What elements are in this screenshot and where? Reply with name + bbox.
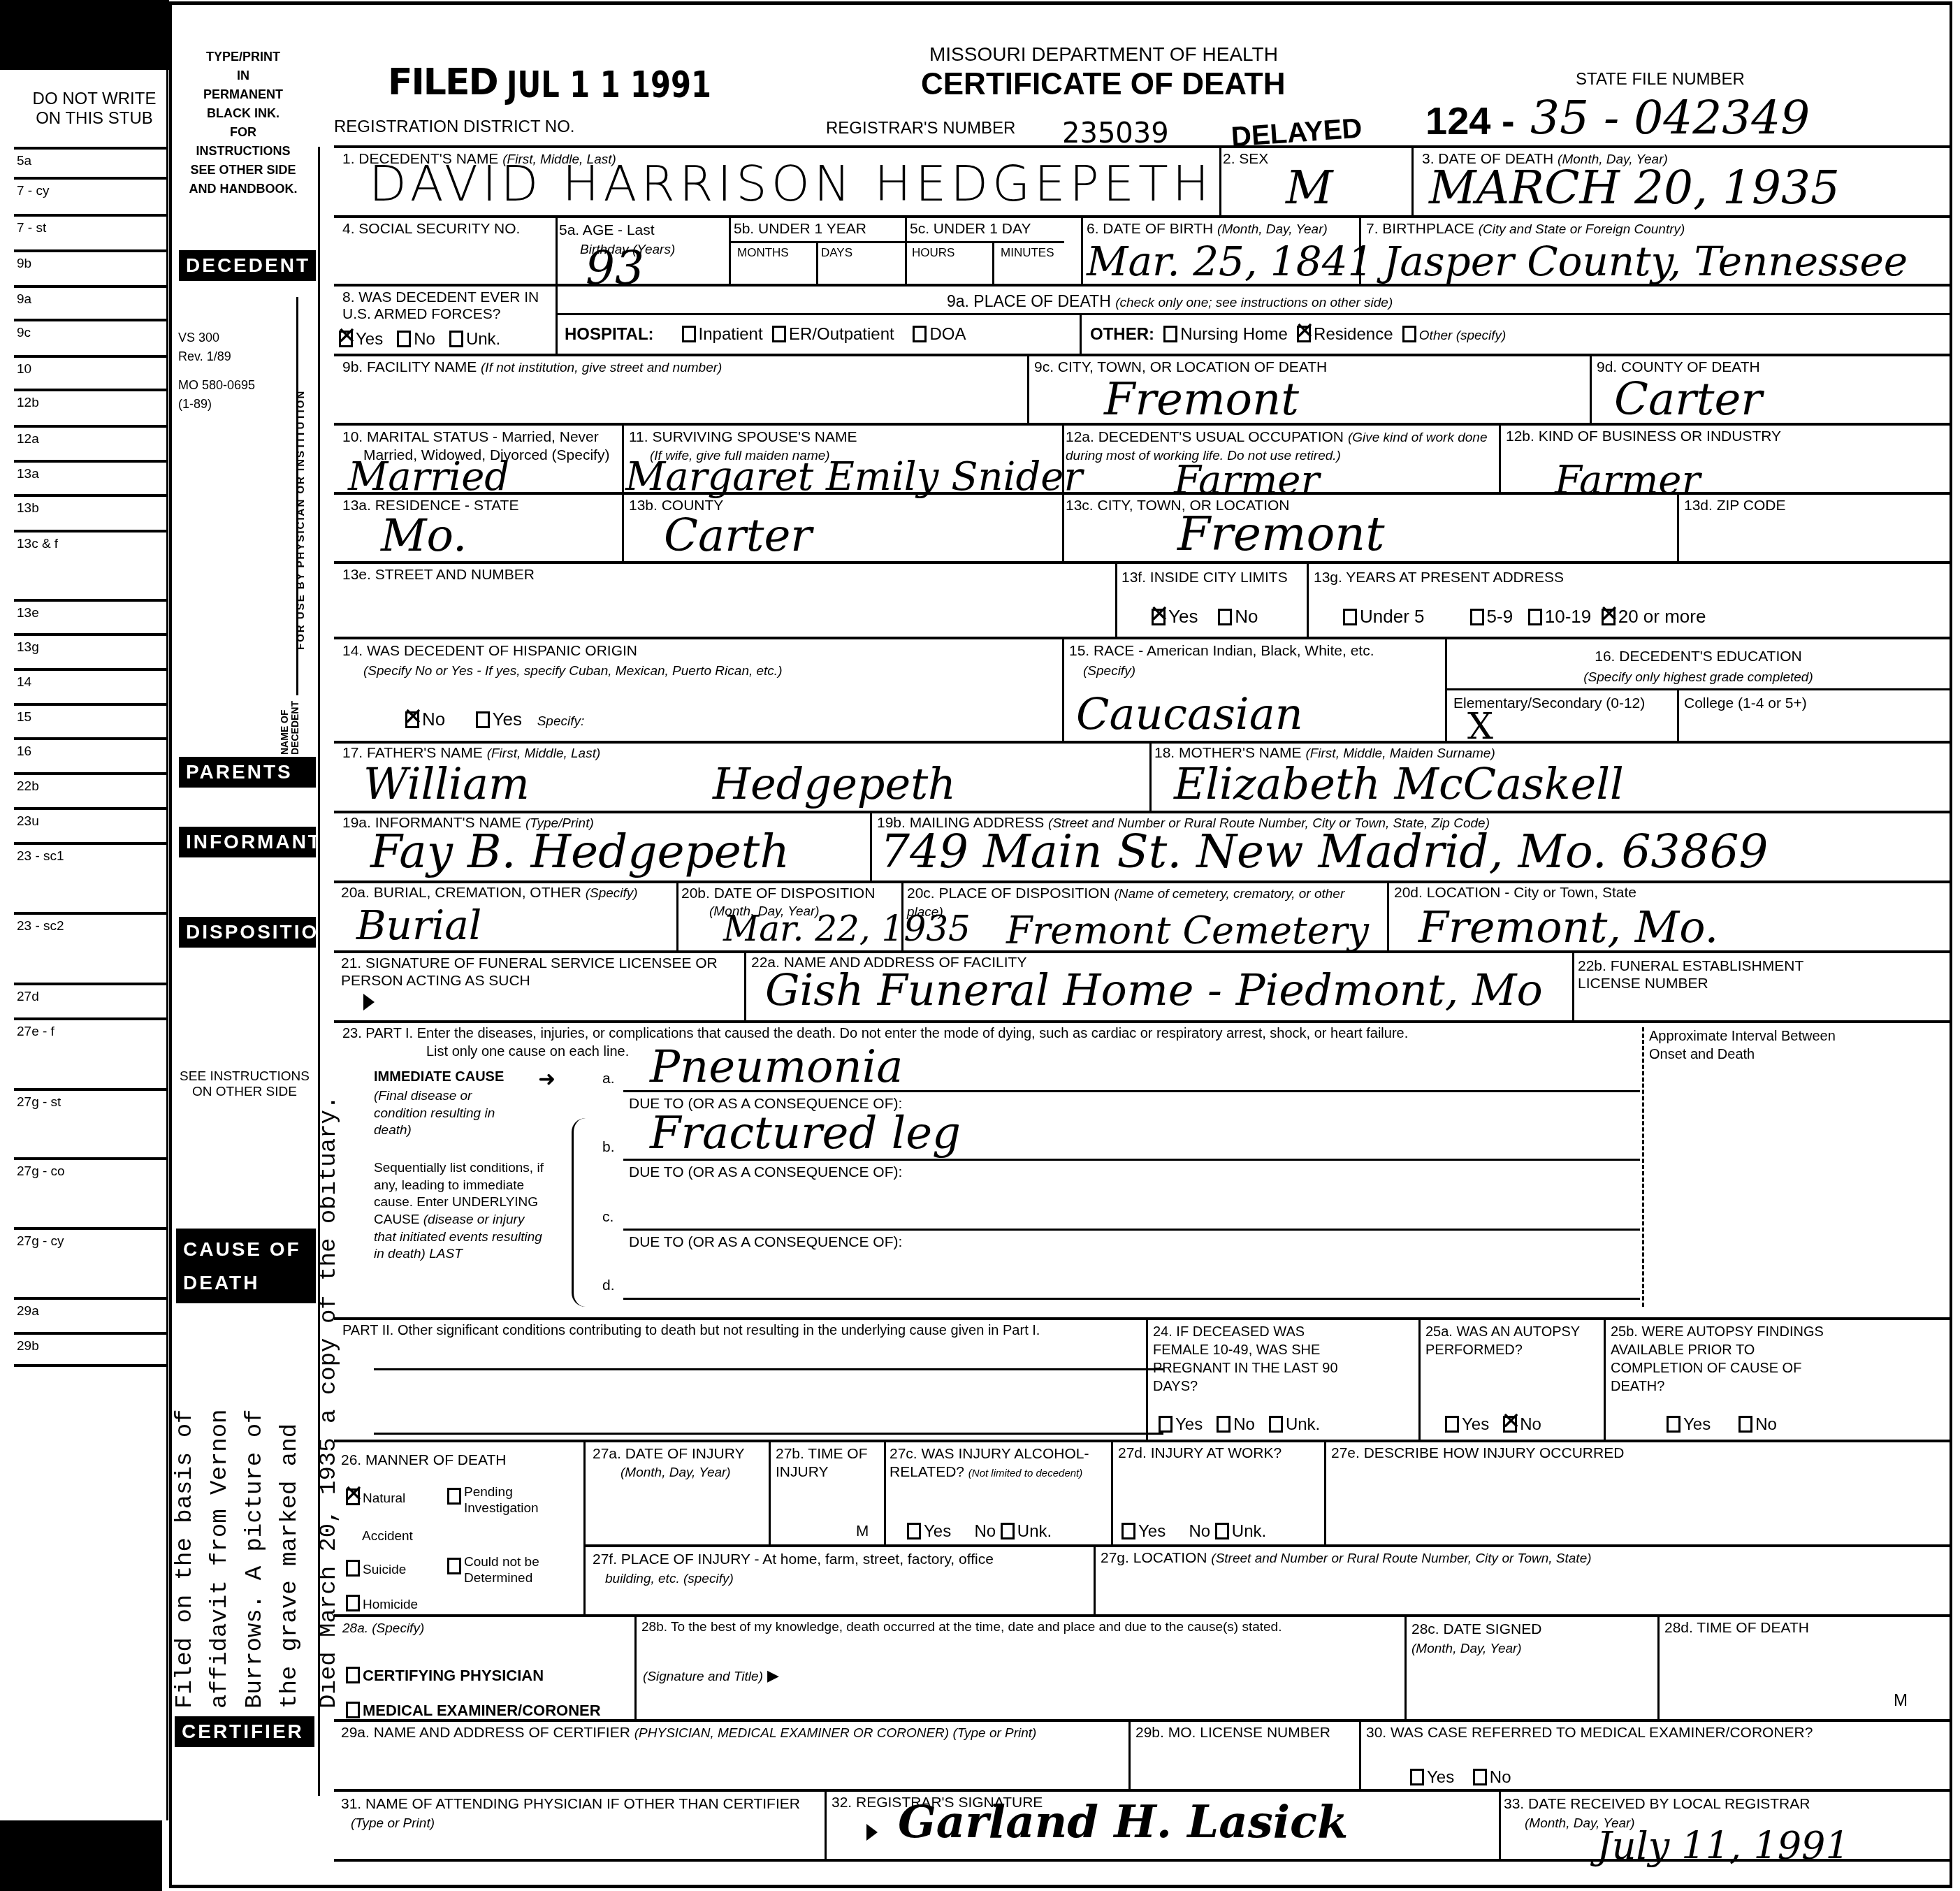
section-informant: INFORMANT — [179, 827, 316, 857]
rule — [1657, 1614, 1660, 1719]
other-place-checkbox[interactable] — [1402, 326, 1416, 342]
type-print-instructions: TYPE/PRINT IN PERMANENT BLACK INK. FOR I… — [173, 48, 313, 198]
f25a-options: Yes No — [1445, 1415, 1541, 1435]
interval-label: Approximate Interval Between Onset and D… — [1649, 1027, 1859, 1064]
f25a-label: 25a. WAS AN AUTOPSY PERFORMED? — [1425, 1323, 1600, 1359]
rule — [334, 637, 1952, 639]
bracket — [572, 1118, 586, 1307]
opt: Nursing Home — [1180, 325, 1287, 344]
stub-warning: DO NOT WRITE ON THIS STUB — [21, 89, 168, 128]
armed-forces-unk-checkbox[interactable] — [449, 331, 463, 347]
corner-black-block — [0, 0, 169, 70]
rule — [1111, 1440, 1113, 1544]
rule — [1307, 561, 1309, 638]
rule — [334, 561, 1952, 564]
natural-checkbox[interactable] — [346, 1488, 360, 1505]
cause-line-c — [623, 1229, 1640, 1231]
father-last-name: Hedgepeth — [713, 758, 956, 809]
pending-checkbox[interactable] — [447, 1488, 461, 1505]
rule — [1604, 1317, 1606, 1440]
stub-row: 5a — [14, 147, 166, 173]
rule — [884, 1440, 886, 1544]
medical-examiner-checkbox[interactable] — [346, 1702, 360, 1718]
stub-row: 29a — [14, 1297, 166, 1324]
stub-row: 23 - sc2 — [14, 912, 166, 939]
f27b-label: 27b. TIME OF INJURY — [776, 1445, 873, 1482]
state-file-label: STATE FILE NUMBER — [1576, 70, 1745, 89]
f5c-label: 5c. UNDER 1 DAY — [910, 221, 1031, 238]
f16-label: 16. DECEDENT'S EDUCATION(Specify only hi… — [1445, 646, 1952, 688]
date-of-death: MARCH 20, 1935 — [1429, 161, 1840, 215]
f28d-label: 28d. TIME OF DEATH — [1664, 1620, 1809, 1637]
rule — [816, 241, 818, 285]
manner-natural: Natural — [346, 1488, 405, 1507]
margin-note-line: the grave marked and — [273, 1410, 307, 1709]
rule — [334, 1440, 1952, 1442]
due-to-b: DUE TO (OR AS A CONSEQUENCE OF): — [629, 1164, 902, 1181]
department: MISSOURI DEPARTMENT OF HEALTH — [929, 43, 1278, 66]
stub-row: 9a — [14, 285, 166, 312]
form-id: VS 300 Rev. 1/89 MO 580-0695 (1-89) — [178, 328, 255, 414]
pregnant-no-checkbox[interactable] — [1217, 1416, 1231, 1433]
rule — [1219, 145, 1221, 217]
informant-address: 749 Main St. New Madrid, Mo. 63869 — [880, 825, 1769, 878]
father-first-name: William — [363, 758, 530, 809]
stub-row: 27g - st — [14, 1088, 166, 1115]
instr-line: IN — [173, 66, 313, 85]
f5b-days: DAYS — [821, 246, 852, 260]
medical-examiner-option: MEDICAL EXAMINER/CORONER — [346, 1702, 601, 1719]
years-under5-checkbox[interactable] — [1343, 609, 1357, 625]
opt: Yes — [1462, 1415, 1489, 1434]
section-certifier: CERTIFIER — [175, 1716, 314, 1747]
f7-label: 7. BIRTHPLACE (City and State or Foreign… — [1366, 221, 1685, 238]
manner-homicide: Homicide — [346, 1595, 418, 1613]
margin-note: Filed on the basis of affidavit from Ver… — [168, 1410, 307, 1709]
findings-no-checkbox[interactable] — [1738, 1416, 1752, 1433]
f8-label: 8. WAS DECEDENT EVER IN U.S. ARMED FORCE… — [342, 289, 552, 323]
disposition-place: Fremont Cemetery — [1006, 908, 1369, 952]
rule — [1027, 354, 1029, 423]
rule — [334, 1020, 1952, 1023]
opt: Unk. — [1017, 1522, 1052, 1541]
filed-date: JUL 1 1 1991 — [507, 64, 711, 106]
rule — [1411, 145, 1414, 217]
bottom-left-black-block — [0, 1820, 162, 1891]
f25b-options: Yes No — [1667, 1415, 1777, 1435]
f13g-label: 13g. YEARS AT PRESENT ADDRESS — [1314, 570, 1564, 586]
findings-yes-checkbox[interactable] — [1667, 1416, 1680, 1433]
section-decedent: DECEDENT — [179, 250, 316, 281]
rule — [556, 215, 558, 285]
cause-letter-b: b. — [602, 1139, 615, 1156]
hispanic-no-checkbox[interactable] — [405, 711, 419, 728]
instr-line: BLACK INK. — [173, 104, 313, 123]
years-10-19-checkbox[interactable] — [1528, 609, 1542, 625]
opt: Yes — [1427, 1768, 1454, 1787]
f21-label: 21. SIGNATURE OF FUNERAL SERVICE LICENSE… — [341, 955, 732, 990]
funeral-facility: Gish Funeral Home - Piedmont, Mo — [765, 964, 1543, 1015]
cause-a-value: Pneumonia — [650, 1041, 903, 1093]
f31-label: 31. NAME OF ATTENDING PHYSICIAN IF OTHER… — [341, 1795, 800, 1833]
rule — [334, 741, 1952, 744]
residence-city: Fremont — [1177, 507, 1384, 562]
f5b-months: MONTHS — [737, 246, 789, 260]
other-label: OTHER: — [1090, 325, 1154, 344]
f27g-label: 27g. LOCATION (Street and Number or Rura… — [1101, 1550, 1592, 1567]
form-id-line: Rev. 1/89 — [178, 347, 255, 366]
opt: No — [414, 330, 435, 349]
immediate-arrow-icon: ➜ — [538, 1069, 556, 1090]
f27f-label: 27f. PLACE OF INJURY - At home, farm, st… — [593, 1550, 994, 1588]
rule — [1062, 492, 1064, 562]
er-outpatient-checkbox[interactable] — [772, 326, 786, 342]
rule — [1128, 1719, 1131, 1789]
occupation: Farmer — [1174, 458, 1319, 503]
f29b-label: 29b. MO. LICENSE NUMBER — [1135, 1725, 1330, 1741]
stub-row: 29b — [14, 1332, 166, 1367]
stub-row: 27e - f — [14, 1017, 166, 1044]
manner-suicide: Suicide — [346, 1560, 406, 1578]
f27c-label: 27c. WAS INJURY ALCOHOL-RELATED? (Not li… — [890, 1445, 1113, 1482]
f27c-options: Yes No Unk. — [907, 1522, 1052, 1542]
city-limits-yes-checkbox[interactable] — [1152, 609, 1166, 625]
f27b-unit: M — [856, 1522, 869, 1539]
rule — [1062, 423, 1064, 493]
rule — [334, 811, 1952, 813]
stub-row: 13e — [14, 599, 166, 625]
opt: Yes — [924, 1522, 951, 1541]
due-to-c: DUE TO (OR AS A CONSEQUENCE OF): — [629, 1234, 902, 1251]
rule — [744, 950, 746, 1020]
birthplace: Jasper County, Tennessee — [1384, 238, 1908, 285]
stub-row: 13a — [14, 460, 166, 486]
f5b-label: 5b. UNDER 1 YEAR — [734, 221, 866, 238]
f14-options: No Yes Specify: — [405, 709, 584, 730]
city-limits-no-checkbox[interactable] — [1218, 609, 1232, 625]
doa-checkbox[interactable] — [913, 326, 927, 342]
opt: No — [1189, 1522, 1211, 1541]
autopsy-no-checkbox[interactable] — [1503, 1416, 1517, 1433]
rule — [729, 241, 1064, 243]
opt: ER/Outpatient — [789, 325, 894, 344]
stub-row: 9b — [14, 249, 166, 276]
f9a-other: OTHER: Nursing Home Residence Other (spe… — [1090, 325, 1506, 345]
cause-b-value: Fractured leg — [650, 1108, 961, 1159]
instr-line: TYPE/PRINT — [173, 48, 313, 66]
stub-row: 10 — [14, 355, 166, 382]
alcohol-unk-checkbox[interactable] — [1001, 1523, 1015, 1539]
rule — [334, 881, 1952, 883]
date-of-birth: Mar. 25, 1841 — [1087, 238, 1373, 285]
residence-county: Carter — [664, 510, 812, 562]
rule — [334, 354, 1952, 356]
homicide-checkbox[interactable] — [346, 1595, 360, 1611]
rule — [1146, 1317, 1148, 1440]
nursing-home-checkbox[interactable] — [1163, 326, 1177, 342]
rule — [1590, 354, 1592, 423]
registration-district-label: REGISTRATION DISTRICT NO. — [334, 117, 574, 137]
f13d-label: 13d. ZIP CODE — [1684, 498, 1786, 514]
stub-row: 27g - cy — [14, 1227, 166, 1254]
alcohol-yes-checkbox[interactable] — [907, 1523, 921, 1539]
rule — [583, 1440, 586, 1614]
f30-label: 30. WAS CASE REFERRED TO MEDICAL EXAMINE… — [1366, 1725, 1813, 1741]
f9a-label: 9a. PLACE OF DEATH (check only one; see … — [947, 292, 1393, 311]
rule — [1499, 423, 1501, 493]
opt: No — [1233, 1415, 1255, 1434]
mother-name: Elizabeth McCaskell — [1174, 758, 1624, 809]
rule — [1062, 637, 1064, 741]
f27a-label: 27a. DATE OF INJURY(Month, Day, Year) — [593, 1445, 744, 1482]
opt: Unk. — [1232, 1522, 1266, 1541]
opt: Yes — [1683, 1415, 1711, 1434]
opt: Inpatient — [699, 325, 763, 344]
f28a-label: 28a. (Specify) — [342, 1620, 424, 1637]
f23-part1: 23. PART I. Enter the diseases, injuries… — [342, 1024, 1628, 1061]
stub-row: 23 - sc1 — [14, 842, 166, 869]
undetermined-checkbox[interactable] — [447, 1558, 461, 1574]
pregnant-unk-checkbox[interactable] — [1269, 1416, 1283, 1433]
opt: Residence — [1314, 325, 1393, 344]
f9b-label: 9b. FACILITY NAME (If not institution, g… — [342, 359, 722, 376]
opt: Yes — [493, 709, 522, 730]
disposition-location: Fremont, Mo. — [1418, 901, 1718, 952]
form-inner-left-edge — [318, 147, 320, 1796]
f13g-options: Under 5 5-9 10-19 20 or more — [1343, 607, 1706, 628]
rule — [334, 950, 1952, 953]
rule — [374, 1433, 1163, 1435]
rule — [729, 215, 731, 285]
rule — [1404, 1614, 1407, 1719]
f24-options: Yes No Unk. — [1159, 1415, 1320, 1435]
rule — [374, 1368, 1163, 1370]
rule — [1499, 1789, 1501, 1860]
f28b-label: 28b. To the best of my knowledge, death … — [641, 1620, 1282, 1635]
f12b-label: 12b. KIND OF BUSINESS OR INDUSTRY — [1506, 428, 1781, 445]
f28c-label: 28c. DATE SIGNED(Month, Day, Year) — [1411, 1620, 1541, 1658]
opt: 10-19 — [1545, 606, 1592, 627]
autopsy-yes-checkbox[interactable] — [1445, 1416, 1459, 1433]
specify-label: Specify: — [537, 714, 585, 729]
stub-row: 22b — [14, 772, 166, 799]
f5c-hours: HOURS — [912, 246, 954, 260]
rule — [1445, 688, 1952, 690]
sig-arrow-icon: ▶ — [767, 1667, 779, 1684]
opt: No — [1520, 1415, 1541, 1434]
form-id-line: VS 300 — [178, 328, 255, 347]
f27e-label: 27e. DESCRIBE HOW INJURY OCCURRED — [1331, 1445, 1624, 1462]
rule — [334, 284, 1952, 287]
f13f-options: Yes No — [1152, 607, 1258, 628]
instr-line: INSTRUCTIONS — [173, 142, 313, 161]
hispanic-yes-checkbox[interactable] — [476, 711, 490, 728]
stub-row: 7 - st — [14, 214, 166, 240]
f28d-unit: M — [1894, 1691, 1908, 1711]
work-yes-checkbox[interactable] — [1121, 1523, 1135, 1539]
sex-value: M — [1286, 161, 1333, 215]
manner-accident: Accident — [362, 1529, 413, 1544]
f6-label: 6. DATE OF BIRTH (Month, Day, Year) — [1087, 221, 1328, 238]
opt: DOA — [929, 325, 966, 344]
f25b-label: 25b. WERE AUTOPSY FINDINGS AVAILABLE PRI… — [1611, 1323, 1841, 1396]
stub-row: 13b — [14, 494, 166, 521]
certifying-physician-checkbox[interactable] — [346, 1667, 360, 1683]
stub-row: 14 — [14, 668, 166, 695]
instr-line: AND HANDBOOK. — [173, 180, 313, 198]
form-id-line: MO 580-0695 — [178, 376, 255, 395]
cause-line-d — [623, 1298, 1640, 1300]
f13e-label: 13e. STREET AND NUMBER — [342, 567, 535, 584]
rule — [1094, 1544, 1096, 1614]
opt: Unk. — [466, 330, 500, 349]
rule — [334, 145, 1952, 148]
rule — [1387, 881, 1389, 950]
f2-label: 2. SEX — [1223, 151, 1268, 168]
stub-row: 16 — [14, 737, 166, 764]
rule — [992, 241, 994, 285]
f5c-minutes: MINUTES — [1001, 246, 1054, 260]
f24-label: 24. IF DECEASED WAS FEMALE 10-49, WAS SH… — [1153, 1323, 1342, 1396]
manner-pending: Pending Investigation — [447, 1485, 548, 1517]
rule — [905, 215, 907, 285]
f16-col2: College (1-4 or 5+) — [1684, 695, 1807, 712]
see-instructions: SEE INSTRUCTIONS ON OTHER SIDE — [175, 1069, 314, 1100]
f27d-label: 27d. INJURY AT WORK? — [1118, 1445, 1282, 1462]
opt: No — [1490, 1768, 1511, 1787]
f20a-label: 20a. BURIAL, CREMATION, OTHER (Specify) — [341, 885, 638, 901]
rule — [556, 313, 1952, 315]
document-title: CERTIFICATE OF DEATH — [921, 67, 1285, 102]
inpatient-checkbox[interactable] — [682, 326, 696, 342]
rule — [334, 1614, 1952, 1617]
rule — [1324, 1440, 1326, 1544]
rule — [1418, 1317, 1421, 1440]
stub-row: 9c — [14, 319, 166, 345]
cause-letter-c: c. — [602, 1209, 614, 1226]
part2-label: PART II. Other significant conditions co… — [342, 1323, 1040, 1339]
f28b-sig: (Signature and Title) ▶ — [643, 1667, 779, 1685]
rule — [334, 1317, 1952, 1320]
years-20plus-checkbox[interactable] — [1602, 609, 1616, 625]
opt: No — [975, 1522, 996, 1541]
pregnant-yes-checkbox[interactable] — [1159, 1416, 1173, 1433]
immediate-cause-label: IMMEDIATE CAUSE — [374, 1069, 504, 1085]
rule — [1080, 313, 1082, 355]
rule — [334, 1859, 1952, 1862]
cause-letter-d: d. — [602, 1277, 615, 1294]
immediate-cause-hint: (Final disease or condition resulting in… — [374, 1088, 514, 1140]
residence-state: Mo. — [381, 510, 467, 562]
rule — [769, 1440, 771, 1544]
manner-undetermined: Could not be Determined — [447, 1555, 548, 1587]
rule — [634, 1614, 637, 1719]
rule — [334, 423, 1952, 426]
residence-checkbox[interactable] — [1297, 326, 1311, 342]
rule — [901, 881, 903, 950]
f22b-label: 22b. FUNERAL ESTABLISHMENT LICENSE NUMBE… — [1578, 957, 1815, 992]
work-unk-checkbox[interactable] — [1215, 1523, 1229, 1539]
rule — [1572, 950, 1574, 1020]
f30-options: Yes No — [1410, 1768, 1511, 1788]
instr-line: SEE OTHER SIDE — [173, 161, 313, 180]
sequential-label: Sequentially list conditions, if any, le… — [374, 1160, 549, 1263]
physician-use-label: FOR USE BY PHYSICIAN OR INSTITUTION — [295, 390, 307, 650]
disposition-method: Burial — [356, 901, 481, 949]
stub-row: 13c & f — [14, 530, 166, 556]
rule — [583, 1544, 1952, 1547]
rule — [556, 284, 558, 355]
stub-row: 27g - co — [14, 1157, 166, 1184]
rule — [334, 492, 1952, 495]
opt: Yes — [1138, 1522, 1166, 1541]
stub-row: 13g — [14, 633, 166, 660]
cause-letter-a: a. — [602, 1071, 615, 1087]
stub-row: 7 - cy — [14, 177, 166, 203]
instr-line: PERMANENT — [173, 85, 313, 104]
rule — [676, 881, 678, 950]
rule — [334, 1719, 1952, 1722]
f9a-hospital: HOSPITAL: Inpatient ER/Outpatient DOA — [565, 325, 966, 345]
rule — [334, 1789, 1952, 1792]
registrar-signature: Garland H. Lasick — [898, 1796, 1348, 1848]
state-file-number: 35 - 042349 — [1530, 91, 1810, 145]
hospital-label: HOSPITAL: — [565, 325, 654, 344]
form-id-line: (1-89) — [178, 395, 255, 414]
state-file-prefix: 124 - — [1425, 98, 1515, 143]
opt: Other (specify) — [1419, 328, 1507, 343]
section-cause-of-death: CAUSE OF DEATH — [176, 1229, 316, 1303]
opt: 20 or more — [1618, 606, 1706, 627]
rule — [1359, 1719, 1361, 1789]
rule — [1115, 561, 1117, 638]
rule — [1149, 741, 1152, 811]
suicide-checkbox[interactable] — [346, 1560, 360, 1577]
section-parents: PARENTS — [179, 757, 316, 788]
rule — [825, 1789, 827, 1860]
stub-row: 23u — [14, 807, 166, 834]
armed-forces-no-checkbox[interactable] — [397, 331, 411, 347]
opt: Yes — [1168, 606, 1198, 627]
rule — [870, 811, 872, 881]
section-disposition: DISPOSITION — [179, 917, 316, 948]
f20d-label: 20d. LOCATION - City or Town, State — [1394, 885, 1636, 901]
county-of-death: Carter — [1614, 374, 1762, 426]
armed-forces-yes-checkbox[interactable] — [339, 331, 353, 347]
signature-arrow-icon — [363, 994, 375, 1010]
referred-yes-checkbox[interactable] — [1410, 1769, 1424, 1785]
margin-note-line: Burrows. A picture of — [238, 1410, 273, 1709]
rule — [1081, 215, 1083, 285]
margin-note-line: Filed on the basis of — [168, 1410, 203, 1709]
rule — [1677, 492, 1679, 562]
informant-name: Fay B. Hedgepeth — [370, 825, 790, 878]
f13f-label: 13f. INSIDE CITY LIMITS — [1121, 570, 1288, 586]
stub-row: 12a — [14, 425, 166, 451]
years-5-9-checkbox[interactable] — [1470, 609, 1484, 625]
stub-row: 27d — [14, 983, 166, 1009]
city-of-death: Fremont — [1104, 374, 1299, 426]
certifying-physician-option: CERTIFYING PHYSICIAN — [346, 1667, 544, 1684]
decedent-name: DAVID HARRISON HEDGEPETH — [369, 155, 1213, 212]
stub-row: 12b — [14, 389, 166, 415]
rule — [334, 215, 1952, 218]
f15-label: 15. RACE - American Indian, Black, White… — [1069, 642, 1374, 681]
opt: 5-9 — [1487, 606, 1513, 627]
referred-no-checkbox[interactable] — [1473, 1769, 1487, 1785]
f8-options: Yes No Unk. — [339, 330, 500, 349]
margin-note-line: affidavit from Vernon — [203, 1410, 238, 1709]
